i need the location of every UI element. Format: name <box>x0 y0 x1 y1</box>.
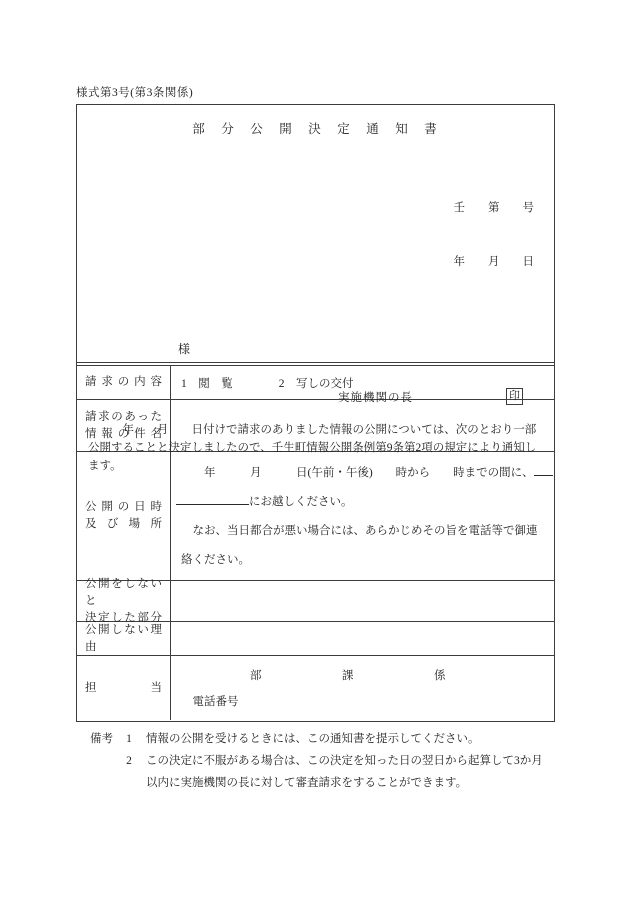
document-title: 部 分 公 開 決 定 通 知 書 <box>77 105 554 137</box>
issuer-line: 実施機関の長 印 <box>77 388 554 405</box>
addressee-suffix: 様 <box>178 342 190 356</box>
notification-body-text: 年 月 日付けで請求のありました情報の公開については、次のとおり一部 公開するこ… <box>77 421 554 475</box>
remarks-section: 備考 1 情報の公開を受けるときには、この通知書を提示してください。 2 この決… <box>90 728 560 794</box>
ref-number-line: 壬 第 号 <box>77 199 534 217</box>
form-number-label: 様式第3号(第3条関係) <box>76 84 193 100</box>
blank-underline-long <box>176 504 249 505</box>
table-row-contact: 担当 部 課 係 電話番号 <box>77 655 554 720</box>
seal-stamp-box: 印 <box>506 388 523 405</box>
remark-item-2: 2 この決定に不服がある場合は、この決定を知った日の翌日から起算して3か月 以内… <box>122 750 543 794</box>
remark-item-1: 1 情報の公開を受けるときには、この通知書を提示してください。 <box>122 728 543 750</box>
row-value-contact: 部 課 係 電話番号 <box>171 656 554 720</box>
row-label: 公開しない理由 <box>77 622 171 655</box>
phone-number-line: 電話番号 <box>181 693 544 709</box>
remarks-items: 1 情報の公開を受けるときには、この通知書を提示してください。 2 この決定に不… <box>122 728 543 794</box>
remark-number: 1 <box>122 728 136 750</box>
row-value-nondisclosure-reason <box>171 622 554 655</box>
remark-number: 2 <box>122 750 136 794</box>
row-value-nondisclosed-part <box>171 581 554 621</box>
remarks-label: 備考 <box>90 728 113 794</box>
addressee-line: 様 <box>178 340 554 357</box>
document-page: 様式第3号(第3条関係) 部 分 公 開 決 定 通 知 書 壬 第 号 年 月… <box>0 0 630 915</box>
contact-note-line: なお、当日都合が悪い場合には、あらかじめその旨を電話等で御連 絡ください。 <box>181 517 553 575</box>
row-label: 担当 <box>77 656 171 720</box>
table-row-nondisclosed-part: 公開をしないと 決定した部分 <box>77 580 554 621</box>
place-line: にお越しください。 <box>181 488 553 517</box>
department-section-line: 部 課 係 <box>181 667 544 683</box>
table-row-nondisclosure-reason: 公開しない理由 <box>77 621 554 655</box>
date-line: 年 月 日 <box>77 253 534 271</box>
form-outer-frame: 部 分 公 開 決 定 通 知 書 壬 第 号 年 月 日 様 実施機関の長 印… <box>76 104 555 722</box>
form-table: 請求の内容 1 閲 覧 2 写しの交付 請求のあった 情報の件名 公開の日時 及… <box>77 365 554 720</box>
blank-underline-short <box>534 475 553 476</box>
form-header-section: 部 分 公 開 決 定 通 知 書 壬 第 号 年 月 日 様 実施機関の長 印… <box>77 105 554 363</box>
remark-text: この決定に不服がある場合は、この決定を知った日の翌日から起算して3か月 以内に実… <box>146 750 543 794</box>
ref-number-block: 壬 第 号 年 月 日 <box>77 163 554 307</box>
issuer-label: 実施機関の長 <box>338 389 413 405</box>
remark-text: 情報の公開を受けるときには、この通知書を提示してください。 <box>146 728 480 750</box>
row-label: 公開をしないと 決定した部分 <box>77 581 171 621</box>
